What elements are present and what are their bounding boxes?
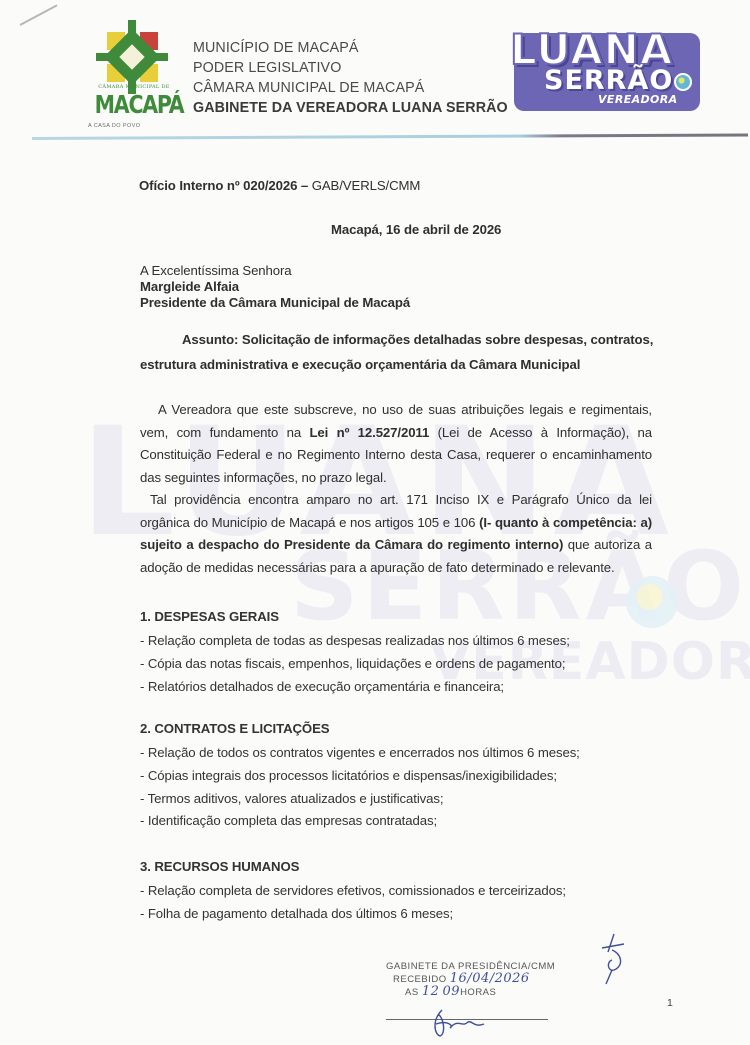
addressee-title: Presidente da Câmara Municipal de Macapá (140, 295, 410, 310)
list-item: - Relação de todos os contratos vigentes… (140, 742, 680, 765)
logo-line3: VEREADORA (598, 93, 678, 106)
list-item: - Folha de pagamento detalhada dos últim… (140, 903, 680, 926)
list-item: - Cópias integrais dos processos licitat… (140, 765, 680, 788)
crest-tagline: A CASA DO POVO (88, 123, 140, 129)
document-subject: Assunto: Solicitação de informações deta… (140, 327, 660, 377)
list-item: - Relação completa de servidores efetivo… (140, 880, 680, 903)
crest-word: MACAPÁ (95, 90, 174, 120)
subject-text: Assunto: Solicitação de informações deta… (140, 332, 653, 372)
list-item: - Termos aditivos, valores atualizados e… (140, 788, 680, 811)
document-page: CÂMARA MUNICIPAL DE MACAPÁ A CASA DO POV… (0, 0, 750, 1045)
logo-line2: SERRÃO (544, 67, 673, 95)
section-contratos: 2. CONTRATOS E LICITAÇÕES - Relação de t… (140, 719, 680, 833)
stamp-at-label: AS (405, 987, 419, 998)
luana-serrao-logo: LUANA SERRÃO VEREADORA (508, 27, 708, 113)
institution-line: CÂMARA MUNICIPAL DE MACAPÁ (193, 78, 508, 98)
addressee-name: Margleide Alfaia (140, 279, 239, 294)
receiver-signature (428, 1006, 488, 1038)
section-title: 1. DESPESAS GERAIS (140, 607, 680, 627)
stamp-received-date: 16/04/2026 (450, 971, 530, 986)
section-recursos-humanos: 3. RECURSOS HUMANOS - Relação completa d… (140, 857, 680, 926)
institution-line: PODER LEGISLATIVO (193, 58, 508, 78)
list-item: - Relatórios detalhados de execução orça… (140, 676, 680, 699)
stamp-hour: 12 (422, 984, 440, 999)
institution-block: MUNICÍPIO DE MACAPÁ PODER LEGISLATIVO CÂ… (193, 38, 508, 118)
stamp-time-row: AS 12 09HORAS (386, 986, 556, 999)
stamp-minute: 09 (443, 984, 461, 999)
list-item: - Relação completa de todas as despesas … (140, 630, 680, 653)
paragraph-legal-basis: Tal providência encontra amparo no art. … (140, 489, 652, 579)
initials-signature (598, 932, 628, 987)
document-reference: Ofício Interno nº 020/2026 – GAB/VERLS/C… (139, 178, 420, 193)
list-item: - Cópia das notas fiscais, empenhos, liq… (140, 653, 680, 676)
institution-line-office: GABINETE DA VEREADORA LUANA SERRÃO (193, 98, 508, 118)
stamp-received-row: RECEBIDO 16/04/2026 (386, 973, 556, 986)
page-number: 1 (667, 997, 673, 1009)
camara-crest-logo: CÂMARA MUNICIPAL DE MACAPÁ A CASA DO POV… (86, 20, 182, 132)
addressee-salutation: A Excelentíssima Senhora (140, 263, 292, 278)
section-despesas: 1. DESPESAS GERAIS - Relação completa de… (140, 607, 680, 698)
header-divider (32, 134, 748, 140)
law-reference: Lei nº 12.527/2011 (309, 425, 429, 440)
section-title: 3. RECURSOS HUMANOS (140, 857, 680, 877)
reference-number: Ofício Interno nº 020/2026 – (139, 178, 308, 193)
globe-icon (674, 73, 692, 91)
paragraph-request: A Vereadora que este subscreve, no uso d… (140, 399, 652, 489)
stamp-hours-label: HORAS (460, 987, 496, 998)
institution-line: MUNICÍPIO DE MACAPÁ (193, 38, 508, 58)
document-date: Macapá, 16 de abril de 2026 (331, 222, 501, 237)
pen-mark (20, 4, 58, 25)
section-title: 2. CONTRATOS E LICITAÇÕES (140, 719, 680, 739)
reference-code: GAB/VERLS/CMM (308, 178, 420, 193)
receipt-stamp: GABINETE DA PRESIDÊNCIA/CMM RECEBIDO 16/… (386, 961, 556, 999)
list-item: - Identificação completa das empresas co… (140, 810, 680, 833)
